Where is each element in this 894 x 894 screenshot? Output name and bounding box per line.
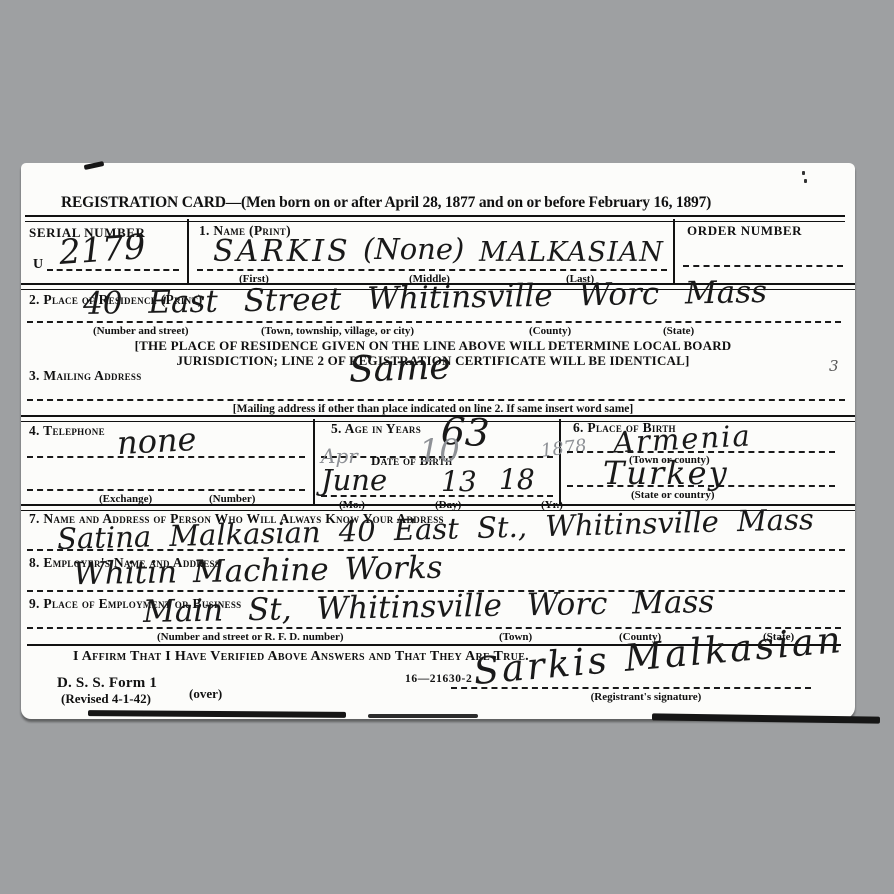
scan-artifact-mark: 3 (829, 359, 839, 374)
dob-month-value: June (321, 466, 387, 495)
employment-value: Main St, Whitinsville Worc Mass (143, 587, 715, 628)
divider-age-birth (559, 419, 561, 504)
mailing-note: [Mailing address if other than place ind… (83, 403, 783, 415)
name-last-value: MALKASIAN (479, 239, 664, 266)
serial-number-value: 2179 (58, 230, 147, 270)
name-first-value: SARKIS (213, 237, 351, 267)
order-number-label: ORDER NUMBER (687, 223, 802, 239)
over-note: (over) (189, 686, 222, 702)
rule-under-title (25, 215, 845, 222)
employer-value: Whitin Machine Works (73, 553, 443, 590)
form-title: REGISTRATION CARD—(Men born on or after … (61, 194, 711, 212)
employment-sub-street: (Number and street or R. F. D. number) (157, 631, 344, 643)
age-label: 5. Age in Years (331, 421, 421, 437)
residence-sub-town: (Town, township, village, or city) (261, 325, 414, 337)
serial-write-line (47, 269, 179, 271)
form-number: D. S. S. Form 1 (57, 675, 157, 692)
birth-line1 (567, 451, 835, 453)
telephone-label: 4. Telephone (29, 423, 105, 439)
registration-card: REGISTRATION CARD—(Men born on or after … (21, 163, 855, 719)
mailing-value: Same (348, 349, 451, 389)
residence-sub-street: (Number and street) (93, 325, 189, 337)
birth-sub-country: (State or country) (631, 489, 715, 501)
mailing-label: 3. Mailing Address (29, 368, 142, 384)
name-middle-value: (None) (363, 235, 464, 264)
order-write-line (683, 265, 843, 267)
scanned-page: REGISTRATION CARD—(Men born on or after … (0, 0, 894, 894)
telephone-line1 (27, 456, 305, 458)
dob-pencil-year: 1878 (540, 437, 588, 460)
affirm-statement: I Affirm That I Have Verified Above Answ… (73, 649, 529, 665)
dob-pencil-day: 10 (419, 435, 460, 467)
mailing-write-line (27, 399, 845, 401)
divider-telephone-age (313, 419, 315, 504)
age-line2 (321, 495, 553, 497)
divider-serial-name (187, 219, 189, 283)
residence-write-line (27, 321, 841, 323)
telephone-line2 (27, 489, 305, 491)
scan-dot-icon (802, 171, 805, 175)
residence-value: 40 East Street Whitinsville Worc Mass (83, 277, 768, 320)
employment-sub-town: (Town) (499, 631, 532, 643)
dob-year-value: 18 (499, 466, 535, 494)
form-revision: (Revised 4-1-42) (61, 691, 151, 707)
scan-smudge (368, 714, 478, 718)
residence-sub-state: (State) (663, 325, 694, 337)
serial-prefix: U (33, 257, 44, 273)
birth-line2 (567, 485, 835, 487)
telephone-value: none (116, 423, 197, 459)
divider-name-order (673, 219, 675, 283)
print-code: 16—21630-2 (405, 673, 472, 685)
signature-line-label: (Registrant's signature) (526, 691, 766, 703)
scan-dot-icon (804, 179, 807, 183)
name-write-line (197, 269, 667, 271)
residence-sub-county: (County) (529, 325, 571, 337)
dob-day-value: 13 (441, 468, 477, 496)
